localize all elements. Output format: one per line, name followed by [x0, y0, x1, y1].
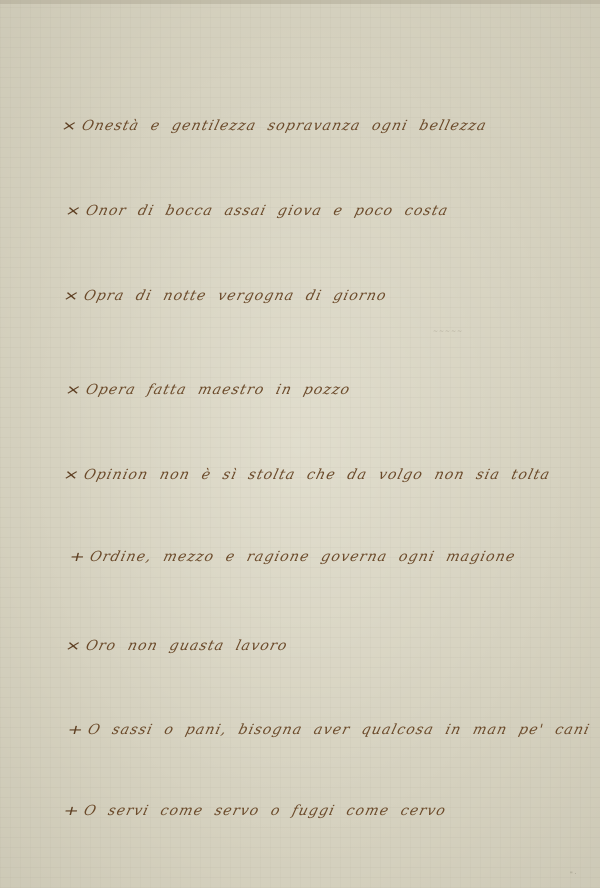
- proverb-line-6: + Ordine, mezzo e ragione governa ogni m…: [70, 549, 518, 565]
- check-mark-icon: ×: [62, 468, 83, 483]
- proverb-text: Oro non guasta lavoro: [84, 638, 289, 654]
- proverb-line-7: × Oro non guasta lavoro: [66, 638, 289, 654]
- ink-bleed-through: ~~~~~: [433, 328, 503, 336]
- check-mark-icon: ×: [64, 204, 85, 219]
- check-mark-icon: ×: [60, 119, 81, 134]
- plus-mark-icon: +: [68, 550, 89, 565]
- proverb-line-1: × Onestà e gentilezza sopravanza ogni be…: [62, 118, 489, 134]
- check-mark-icon: ×: [62, 289, 83, 304]
- proverb-text: Opra di notte vergogna di giorno: [82, 288, 389, 304]
- proverb-line-4: × Opera fatta maestro in pozzo: [66, 382, 352, 398]
- corner-mark: " ·: [570, 871, 577, 878]
- proverb-text: Opera fatta maestro in pozzo: [84, 382, 352, 398]
- proverb-text: Ordine, mezzo e ragione governa ogni mag…: [88, 549, 517, 565]
- page-top-edge: [0, 0, 600, 4]
- proverb-line-9: + O servi come servo o fuggi come cervo: [64, 803, 448, 819]
- proverb-text: Onor di bocca assai giova e poco costa: [84, 203, 450, 219]
- proverb-line-3: × Opra di notte vergogna di giorno: [64, 288, 389, 304]
- proverb-text: Opinion non è sì stolta che da volgo non…: [82, 467, 552, 483]
- plus-mark-icon: +: [66, 723, 87, 738]
- plus-mark-icon: +: [62, 804, 83, 819]
- check-mark-icon: ×: [64, 383, 85, 398]
- manuscript-page: × Onestà e gentilezza sopravanza ogni be…: [0, 0, 600, 888]
- proverb-line-2: × Onor di bocca assai giova e poco costa: [66, 203, 450, 219]
- check-mark-icon: ×: [64, 639, 85, 654]
- proverb-line-8: + O sassi o pani, bisogna aver qualcosa …: [68, 722, 592, 738]
- proverb-text: O servi come servo o fuggi come cervo: [82, 803, 448, 819]
- proverb-text: O sassi o pani, bisogna aver qualcosa in…: [86, 722, 592, 738]
- proverb-line-5: × Opinion non è sì stolta che da volgo n…: [64, 467, 552, 483]
- proverb-text: Onestà e gentilezza sopravanza ogni bell…: [80, 118, 489, 134]
